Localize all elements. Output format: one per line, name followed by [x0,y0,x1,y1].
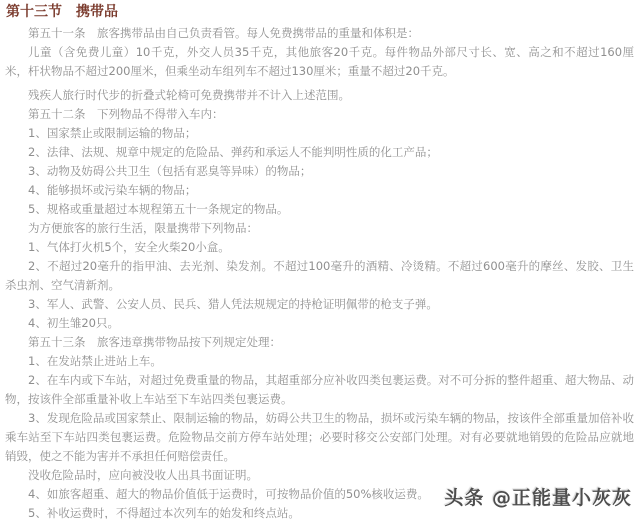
paragraph-forbidden-item-5: 5、规格或重量超过本规程第五十一条规定的物品。 [5,200,634,219]
paragraph-limited-item-2: 2、不超过20毫升的指甲油、去光剂、染发剂。不超过100毫升的酒精、冷烫精。不超… [5,257,634,295]
toutiao-watermark: 头条 @正能量小灰灰 [444,483,632,510]
paragraph-violation-rule-2: 2、在车内或下车站，对超过免费重量的物品，其超重部分应补收四类包裹运费。对不可分… [5,371,634,409]
paragraph-article51: 第五十一条 旅客携带品由自己负责看管。每人免费携带品的重量和体积是： [5,24,634,43]
page: { "document": { "section_title": "第十三节 携… [0,0,640,519]
paragraph-article53: 第五十三条 旅客违章携带物品按下列规定处理： [5,333,634,352]
document-body: 第十三节 携带品 第五十一条 旅客携带品由自己负责看管。每人免费携带品的重量和体… [0,0,640,519]
paragraph-limited-item-4: 4、初生雏20只。 [5,314,634,333]
paragraph-article52: 第五十二条 下列物品不得带入车内： [5,105,634,124]
paragraph-wheelchair-exception: 残疾人旅行时代步的折叠式轮椅可免费携带并不计入上述范围。 [5,86,634,105]
paragraph-forbidden-item-3: 3、动物及妨碍公共卫生（包括有恶臭等异味）的物品； [5,162,634,181]
section-title: 第十三节 携带品 [6,4,634,21]
paragraph-free-weight-limits: 儿童（含免费儿童）10千克，外交人员35千克，其他旅客20千克。每件物品外部尺寸… [5,43,634,81]
paragraph-limited-item-3: 3、军人、武警、公安人员、民兵、猎人凭法规规定的持枪证明佩带的枪支子弹。 [5,295,634,314]
paragraph-violation-rule-1: 1、在发站禁止进站上车。 [5,352,634,371]
paragraph-forbidden-item-2: 2、法律、法规、规章中规定的危险品、弹药和承运人不能判明性质的化工产品； [5,143,634,162]
paragraph-violation-rule-3: 3、发现危险品或国家禁止、限制运输的物品，妨碍公共卫生的物品，损坏或污染车辆的物… [5,409,634,466]
paragraph-limited-item-1: 1、气体打火机5个，安全火柴20小盒。 [5,238,634,257]
paragraph-forbidden-item-1: 1、国家禁止或限制运输的物品； [5,124,634,143]
paragraph-forbidden-item-4: 4、能够损坏或污染车辆的物品； [5,181,634,200]
paragraph-limited-items-intro: 为方便旅客的旅行生活，限量携带下列物品： [5,219,634,238]
